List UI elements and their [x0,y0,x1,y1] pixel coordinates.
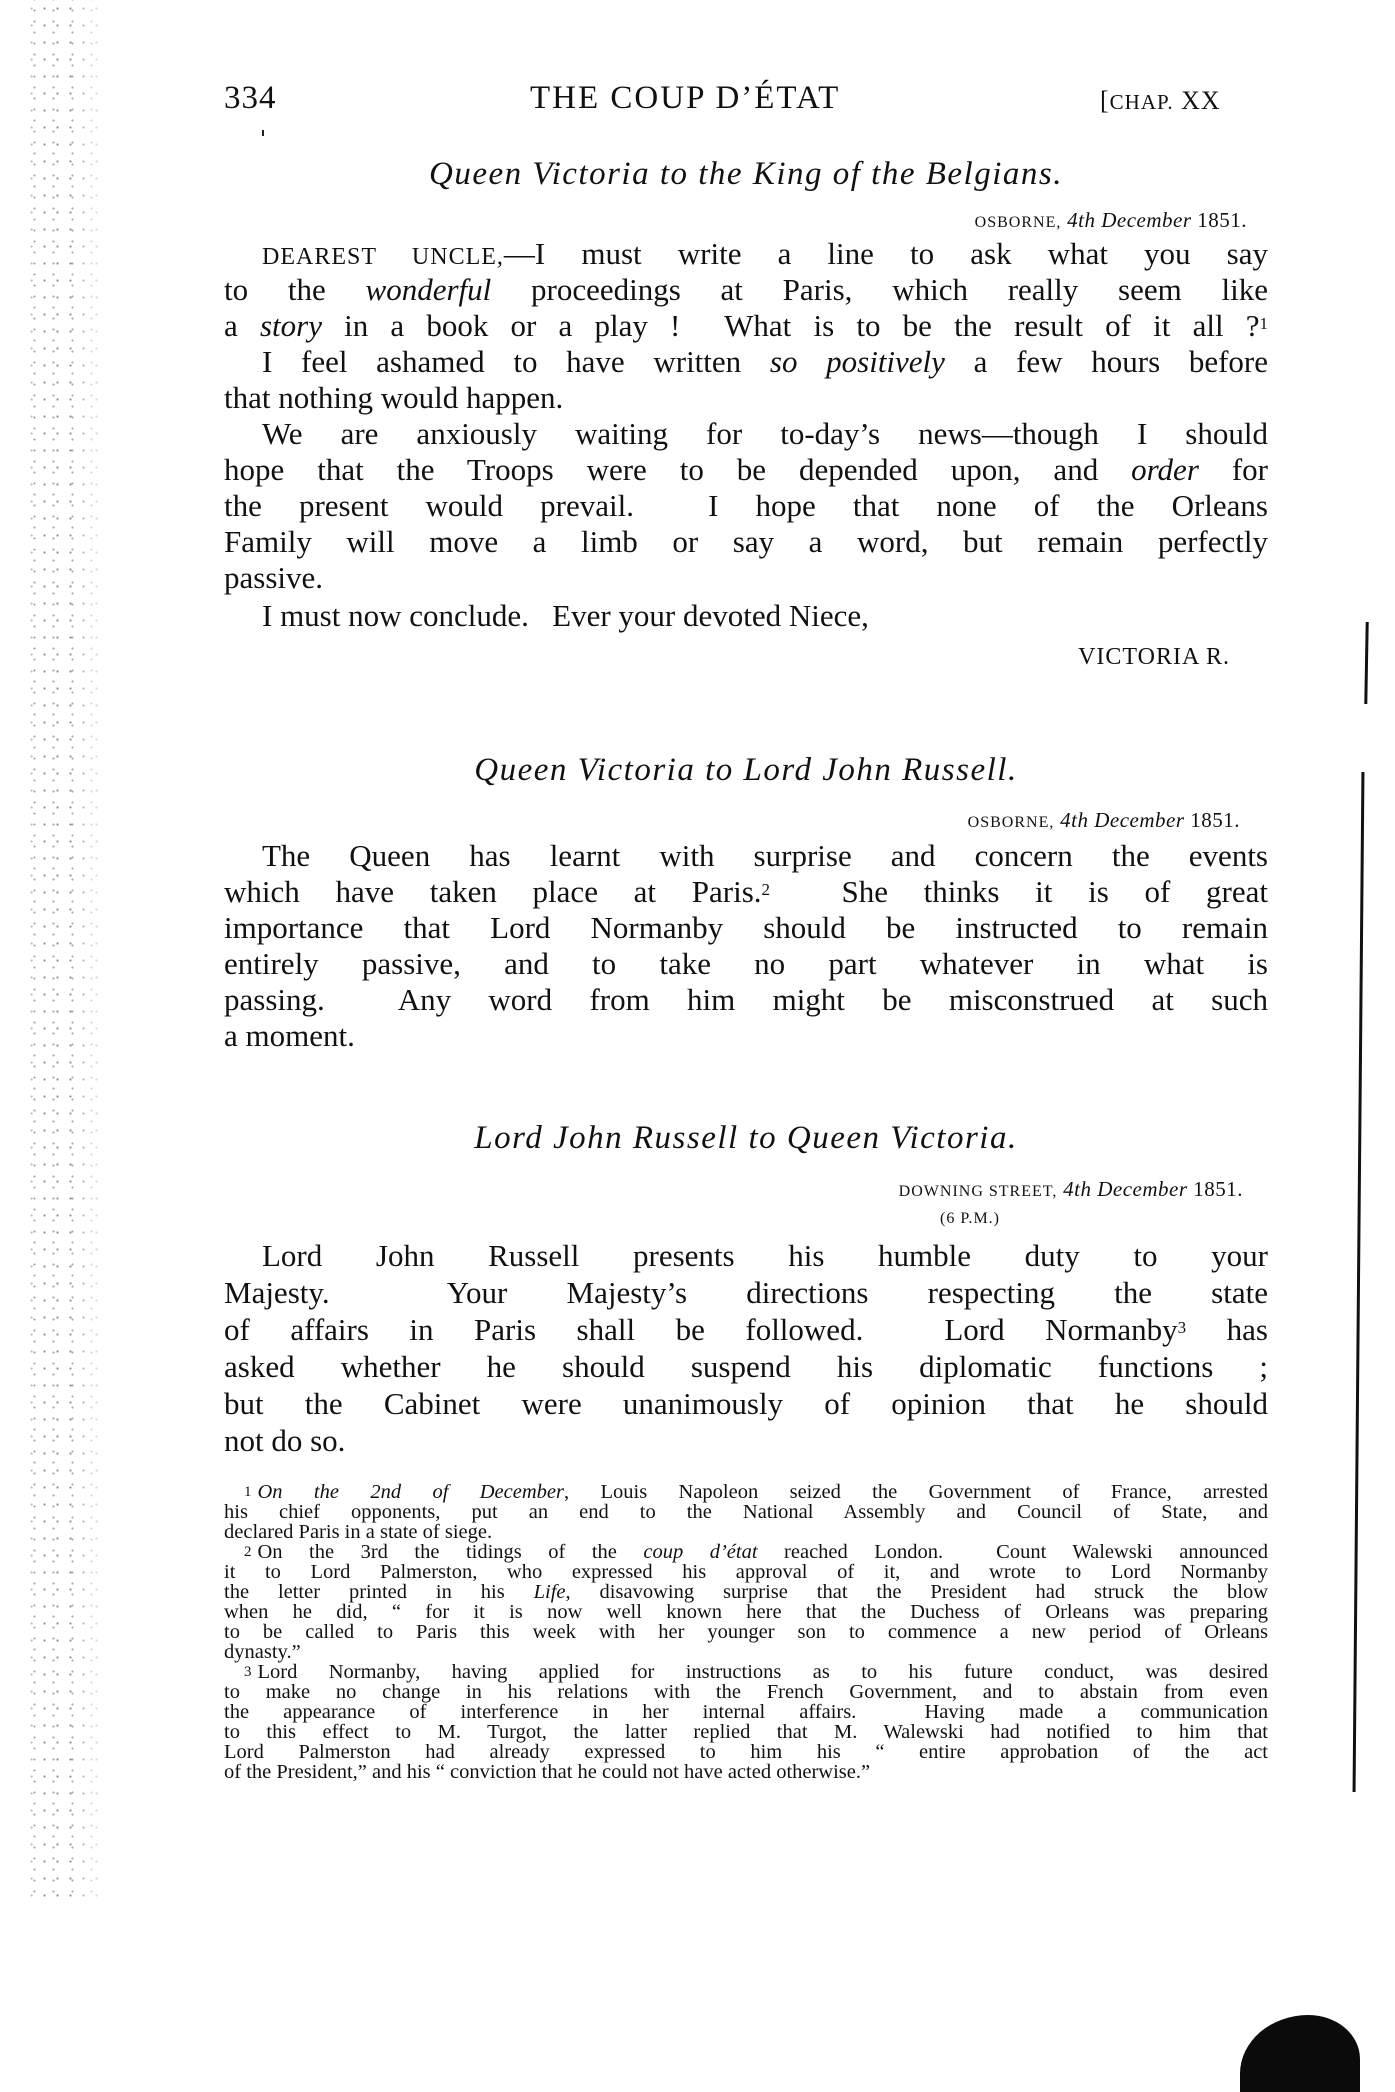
body-line: Family will move a limb or say a word, b… [224,524,1268,560]
line-text: —I must write a line to ask what you say [504,236,1268,271]
line-text: I feel ashamed to have written [262,344,770,379]
emphasis: so positively [770,344,945,379]
body-line: that nothing would happen. [224,380,1268,416]
line-text: , Louis Napoleon seized the Government o… [564,1481,1268,1503]
dateline-year: 1851. [1197,208,1247,232]
letter-heading: Queen Victoria to Lord John Russell. [224,752,1268,789]
line-text: in a book or a play ! What is to be the … [322,308,1260,343]
footnote-line: it to Lord Palmerston, who expressed his… [224,1562,1268,1582]
chapter-label: [CHAP. XX [1100,86,1221,116]
dateline-month: December [1094,808,1184,832]
body-line: passive. [224,560,1268,596]
footnote-line: dynasty.” [224,1642,1268,1662]
letter-heading: Lord John Russell to Queen Victoria. [224,1120,1268,1157]
line-text: On the 3rd the tidings of the [258,1541,644,1563]
footnote-ref[interactable]: 3 [1178,1318,1187,1337]
line-text: She thinks it is of great [770,874,1268,909]
signature-text: VICTORIA R. [1078,644,1230,670]
line-text: hope that the Troops were to be depended… [224,452,1131,487]
body-line: We are anxiously waiting for to-day’s ne… [262,416,1268,452]
emphasis: story [260,308,322,343]
emphasis: order [1131,452,1199,487]
footnote-line: to this effect to M. Turgot, the latter … [224,1722,1268,1742]
footnote-line: when he did, “ for it is now well known … [224,1602,1268,1622]
letter-dateline: DOWNING STREET, 4th December 1851. [899,1177,1243,1202]
footnote-line: declared Paris in a state of siege. [224,1522,1268,1542]
running-title: THE COUP D’ÉTAT [530,80,840,117]
scan-edge-line [1353,772,1365,1792]
body-line: passing. Any word from him might be misc… [224,982,1268,1018]
dateline-month: December [1097,1177,1187,1201]
page-number: 334 [224,80,277,117]
dateline-time: (6 P.M.) [940,1210,1000,1227]
line-text: for [1199,452,1268,487]
dateline-place: OSBORNE, [968,814,1055,831]
line-text: of affairs in Paris shall be followed. L… [224,1312,1178,1347]
body-line: not do so. [224,1423,1268,1459]
letter-dateline: OSBORNE, 4th December 1851. [975,208,1247,233]
line-text: the letter printed in his [224,1581,534,1603]
dateline-day: 4th [1060,808,1088,832]
dateline-day: 4th [1063,1177,1091,1201]
emphasis: coup d’état [643,1541,757,1563]
line-text: a few hours before [945,344,1268,379]
dateline-place: OSBORNE, [975,214,1062,231]
chapter-word: CHAP. [1110,90,1174,114]
body-line: but the Cabinet were unanimously of opin… [224,1386,1268,1422]
footnote-line: the appearance of interference in her in… [224,1702,1268,1722]
letter-heading: Queen Victoria to the King of the Belgia… [224,156,1268,193]
line-text: Lord Normanby, having applied for instru… [258,1661,1269,1683]
book-page: 334 THE COUP D’ÉTAT [CHAP. XX Queen Vict… [0,0,1395,2092]
emphasis: wonderful [366,272,492,307]
footnote-line: the letter printed in his Life, disavowi… [224,1582,1268,1602]
body-line: Lord John Russell presents his humble du… [262,1238,1268,1274]
footnote-line: to make no change in his relations with … [224,1682,1268,1702]
footnote-line: his chief opponents, put an end to the N… [224,1502,1268,1522]
body-line: hope that the Troops were to be depended… [224,452,1268,488]
line-text: , disavowing surprise that the President… [566,1581,1269,1603]
dateline-month: December [1101,208,1191,232]
chapter-number: XX [1181,86,1221,115]
footnote-number: 2 [244,1544,252,1560]
footnote-number: 1 [244,1484,252,1500]
line-text: reached London. Count Walewski announced [758,1541,1268,1563]
footnote-line: of the President,” and his “ conviction … [224,1762,1268,1782]
body-line: DEAREST UNCLE,—I must write a line to as… [262,236,1268,275]
emphasis: On the 2nd of December [258,1481,564,1503]
dateline-year: 1851. [1193,1177,1243,1201]
line-text: to the [224,272,366,307]
footnote-line: to be called to Paris this week with her… [224,1622,1268,1642]
body-line: to the wonderful proceedings at Paris, w… [224,272,1268,308]
scan-thumb-shadow-tail [1240,2078,1280,2092]
letter-dateline: OSBORNE, 4th December 1851. [968,808,1240,833]
footnote-line: Lord Palmerston had already expressed to… [224,1742,1268,1762]
body-line: the present would prevail. I hope that n… [224,488,1268,524]
dateline-year: 1851. [1190,808,1240,832]
footnote-ref[interactable]: 2 [762,880,771,899]
scan-speck [262,130,264,136]
salutation: DEAREST UNCLE, [262,244,504,270]
line-text: has [1186,1312,1268,1347]
body-line: I feel ashamed to have written so positi… [262,344,1268,380]
scan-edge-line [1364,622,1368,704]
body-line: entirely passive, and to take no part wh… [224,946,1268,982]
line-text: which have taken place at Paris. [224,874,762,909]
body-line: asked whether he should suspend his dipl… [224,1349,1268,1385]
emphasis: Life [534,1581,566,1603]
dateline-day: 4th [1067,208,1095,232]
body-line: The Queen has learnt with surprise and c… [262,838,1268,874]
line-text: proceedings at Paris, which really seem … [491,272,1268,307]
dateline-place: DOWNING STREET, [899,1183,1058,1200]
body-line: I must now conclude. Ever your devoted N… [262,598,1268,634]
body-line: which have taken place at Paris.2 She th… [224,874,1268,910]
body-line: of affairs in Paris shall be followed. L… [224,1312,1268,1348]
body-line: a moment. [224,1018,1268,1054]
chapter-bracket: [ [1100,86,1110,115]
body-line: a story in a book or a play ! What is to… [224,308,1268,344]
line-text: a [224,308,260,343]
footnote-ref[interactable]: 1 [1260,314,1269,333]
body-line: importance that Lord Normanby should be … [224,910,1268,946]
footnote-number: 3 [244,1664,252,1680]
body-line: Majesty. Your Majesty’s directions respe… [224,1275,1268,1311]
signature: VICTORIA R. [1078,636,1230,672]
scan-noise-left-margin [0,0,120,1900]
letter-time: (6 P.M.) [940,1204,1000,1229]
